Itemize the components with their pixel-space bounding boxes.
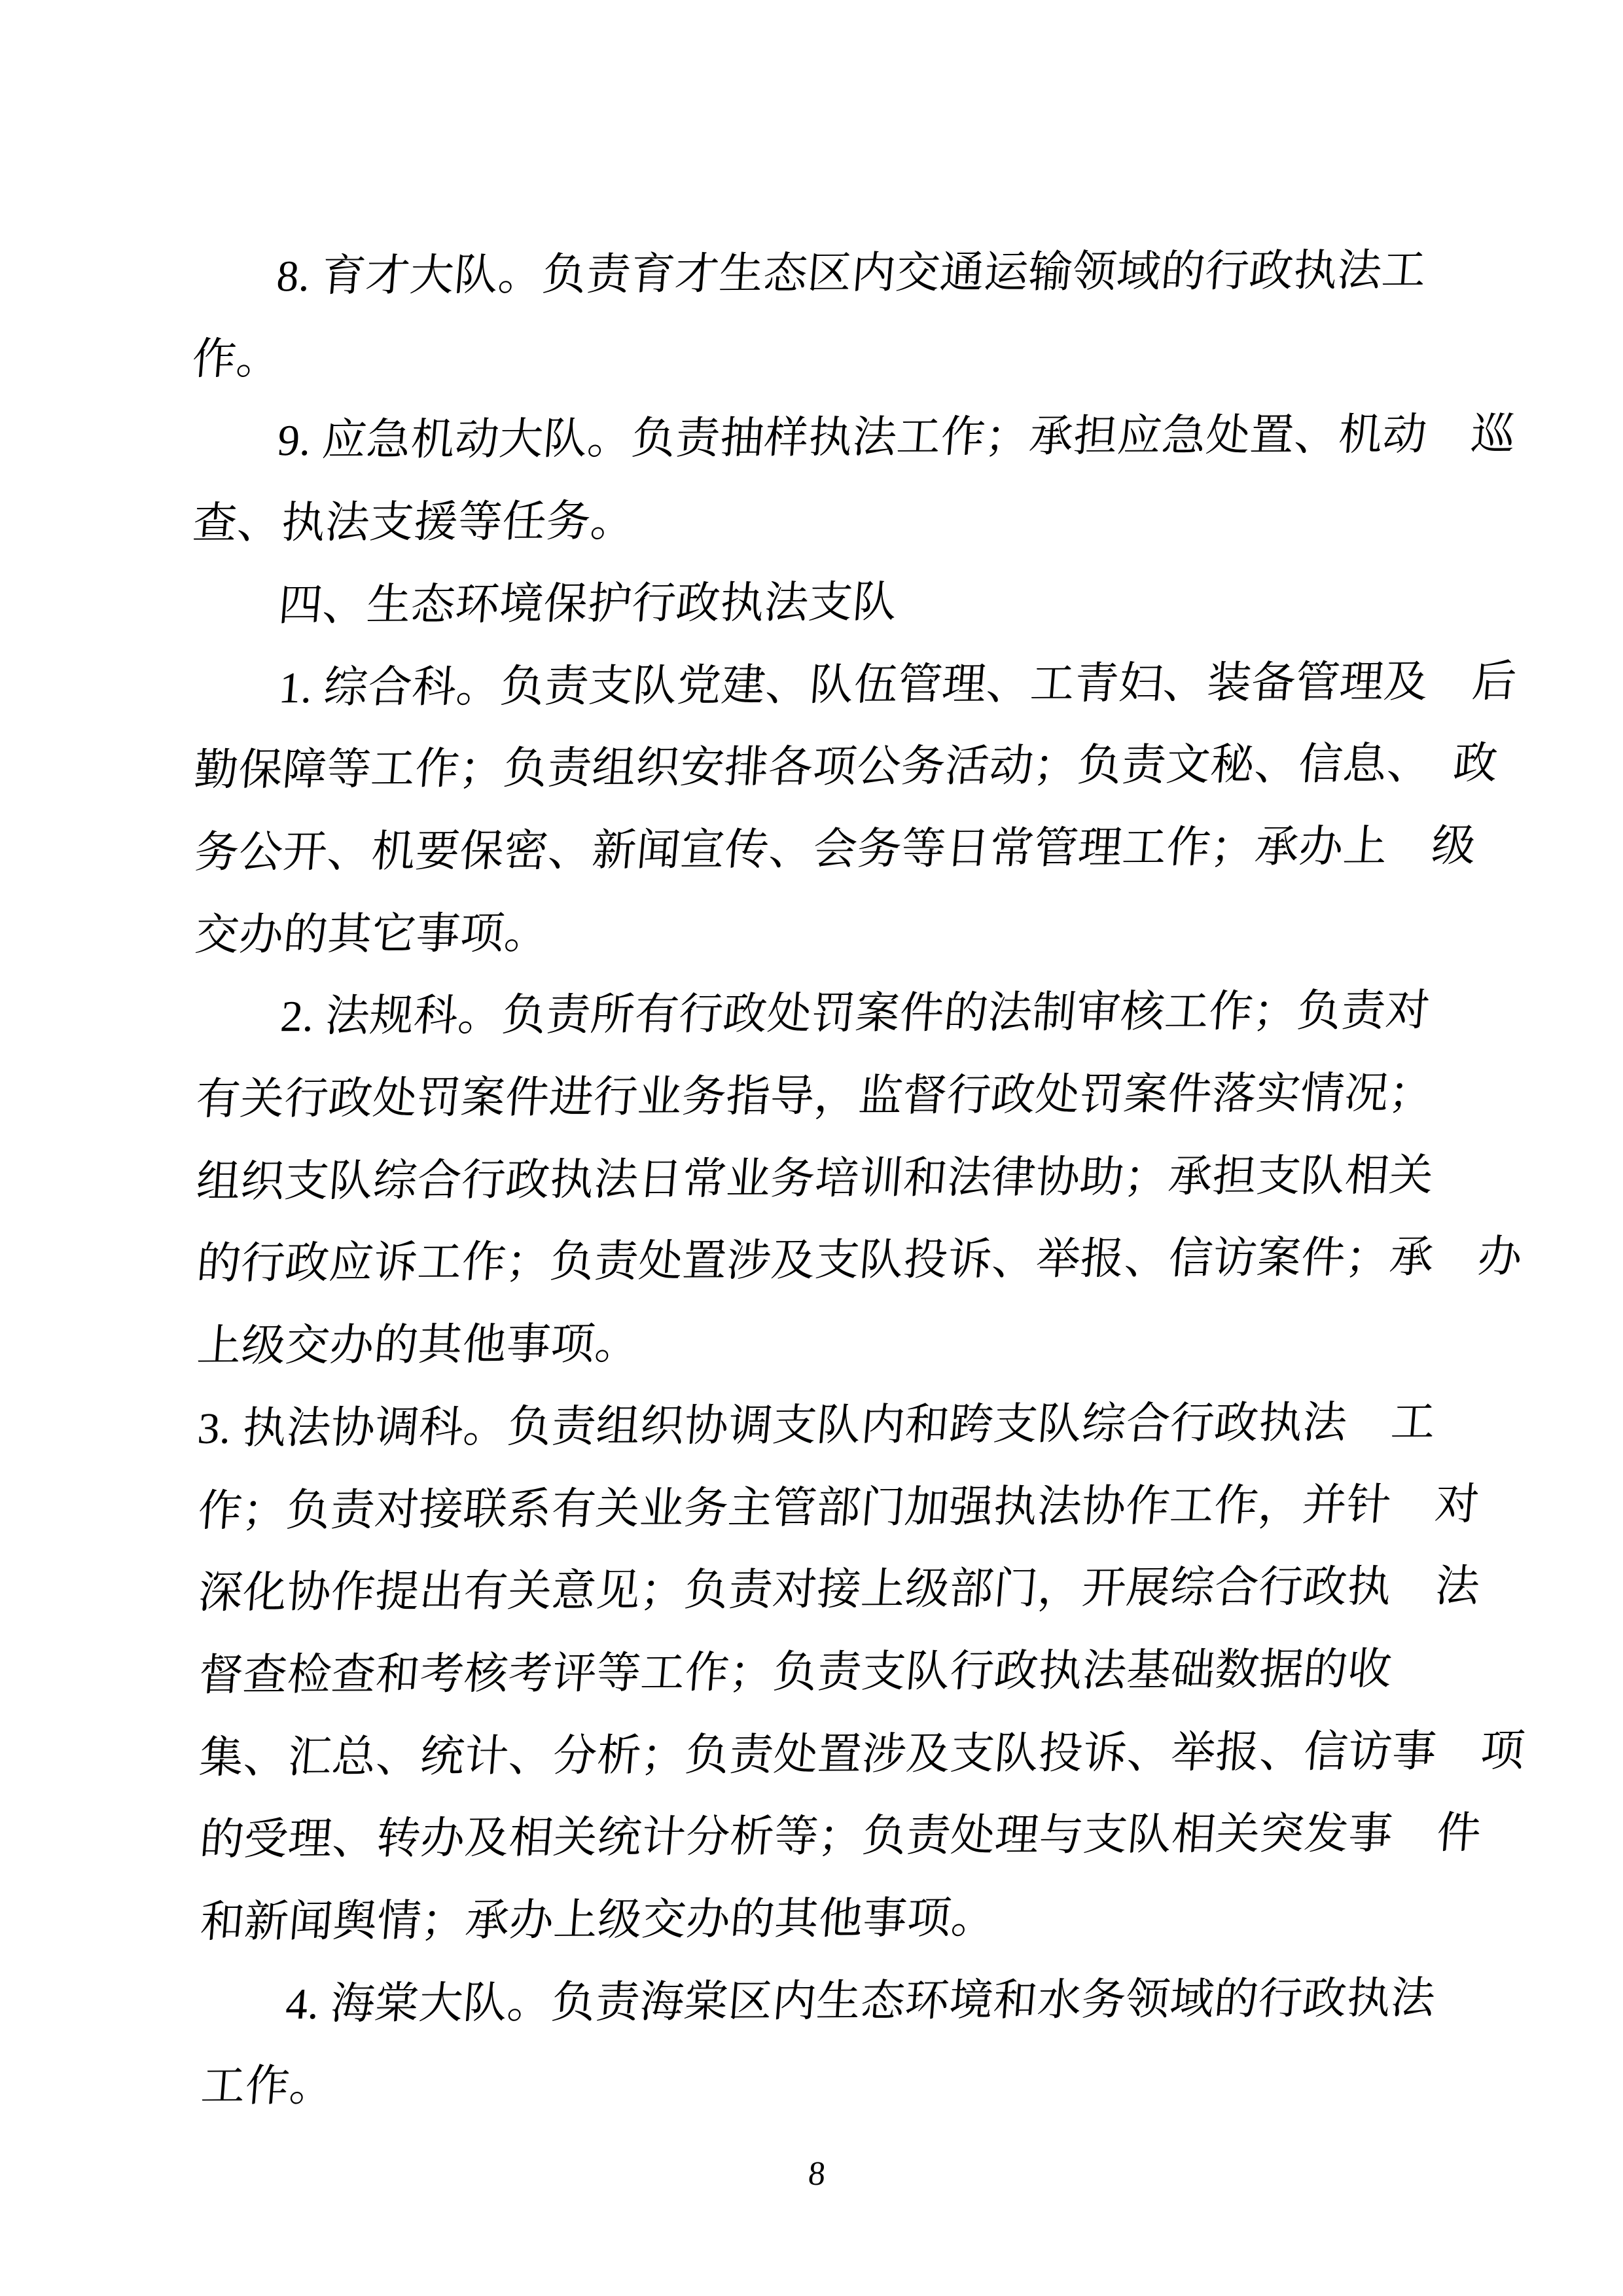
text-line: 查、执法支援等任务。 xyxy=(190,476,1440,565)
page-number: 8 xyxy=(4,2153,1623,2195)
document-body: 8. 育才大队。负责育才生态区内交通运输领域的行政执法工 作。 9. 应急机动大… xyxy=(192,230,1445,2128)
text-line: 1. 综合科。负责支队党建、队伍管理、工青妇、装备管理及 后 xyxy=(190,641,1440,730)
text-line: 工作。 xyxy=(198,2039,1448,2128)
text-line: 作。 xyxy=(189,312,1439,401)
text-line: 作；负责对接联系有关业务主管部门加强执法协作工作，并针 对 xyxy=(195,1463,1445,1552)
text-line: 的受理、转办及相关统计分析等；负责处理与支队相关突发事 件 xyxy=(196,1793,1446,1882)
section-heading-line: 四、生态环境保护行政执法支队 xyxy=(190,559,1440,648)
text-line: 组织支队综合行政执法日常业务培训和法律协助；承担支队相关 xyxy=(193,1135,1443,1224)
text-line: 4. 海棠大队。负责海棠区内生态环境和水务领域的行政执法 xyxy=(198,1958,1448,2047)
text-line: 上级交办的其他事项。 xyxy=(194,1299,1444,1388)
text-line: 的行政应诉工作；负责处置涉及支队投诉、举报、信访案件；承 办 xyxy=(194,1217,1444,1306)
text-line: 3. 执法协调科。负责组织协调支队内和跨支队综合行政执法 工 xyxy=(194,1382,1444,1471)
text-line: 勤保障等工作；负责组织安排各项公务活动；负责文秘、信息、 政 xyxy=(191,723,1441,812)
text-line: 深化协作提出有关意见；负责对接上级部门，开展综合行政执 法 xyxy=(195,1546,1445,1635)
text-line: 和新闻舆情；承办上级交办的其他事项。 xyxy=(197,1875,1447,1964)
text-line: 2. 法规科。负责所有行政处罚案件的法制审核工作；负责对 xyxy=(192,970,1442,1059)
text-line: 8. 育才大队。负责育才生态区内交通运输领域的行政执法工 xyxy=(188,230,1438,319)
text-line: 9. 应急机动大队。负责抽样执法工作；承担应急处置、机动 巡 xyxy=(189,394,1439,483)
text-line: 集、汇总、统计、分析；负责处置涉及支队投诉、举报、信访事 项 xyxy=(196,1711,1446,1800)
text-line: 交办的其它事项。 xyxy=(192,888,1442,977)
document-page: 8. 育才大队。负责育才生态区内交通运输领域的行政执法工 作。 9. 应急机动大… xyxy=(0,0,1623,2296)
text-line: 有关行政处罚案件进行业务指导，监督行政处罚案件落实情况； xyxy=(192,1052,1442,1141)
text-line: 督查检查和考核考评等工作；负责支队行政执法基础数据的收 xyxy=(196,1628,1446,1717)
text-line: 务公开、机要保密、新闻宣传、会务等日常管理工作；承办上 级 xyxy=(191,806,1441,895)
